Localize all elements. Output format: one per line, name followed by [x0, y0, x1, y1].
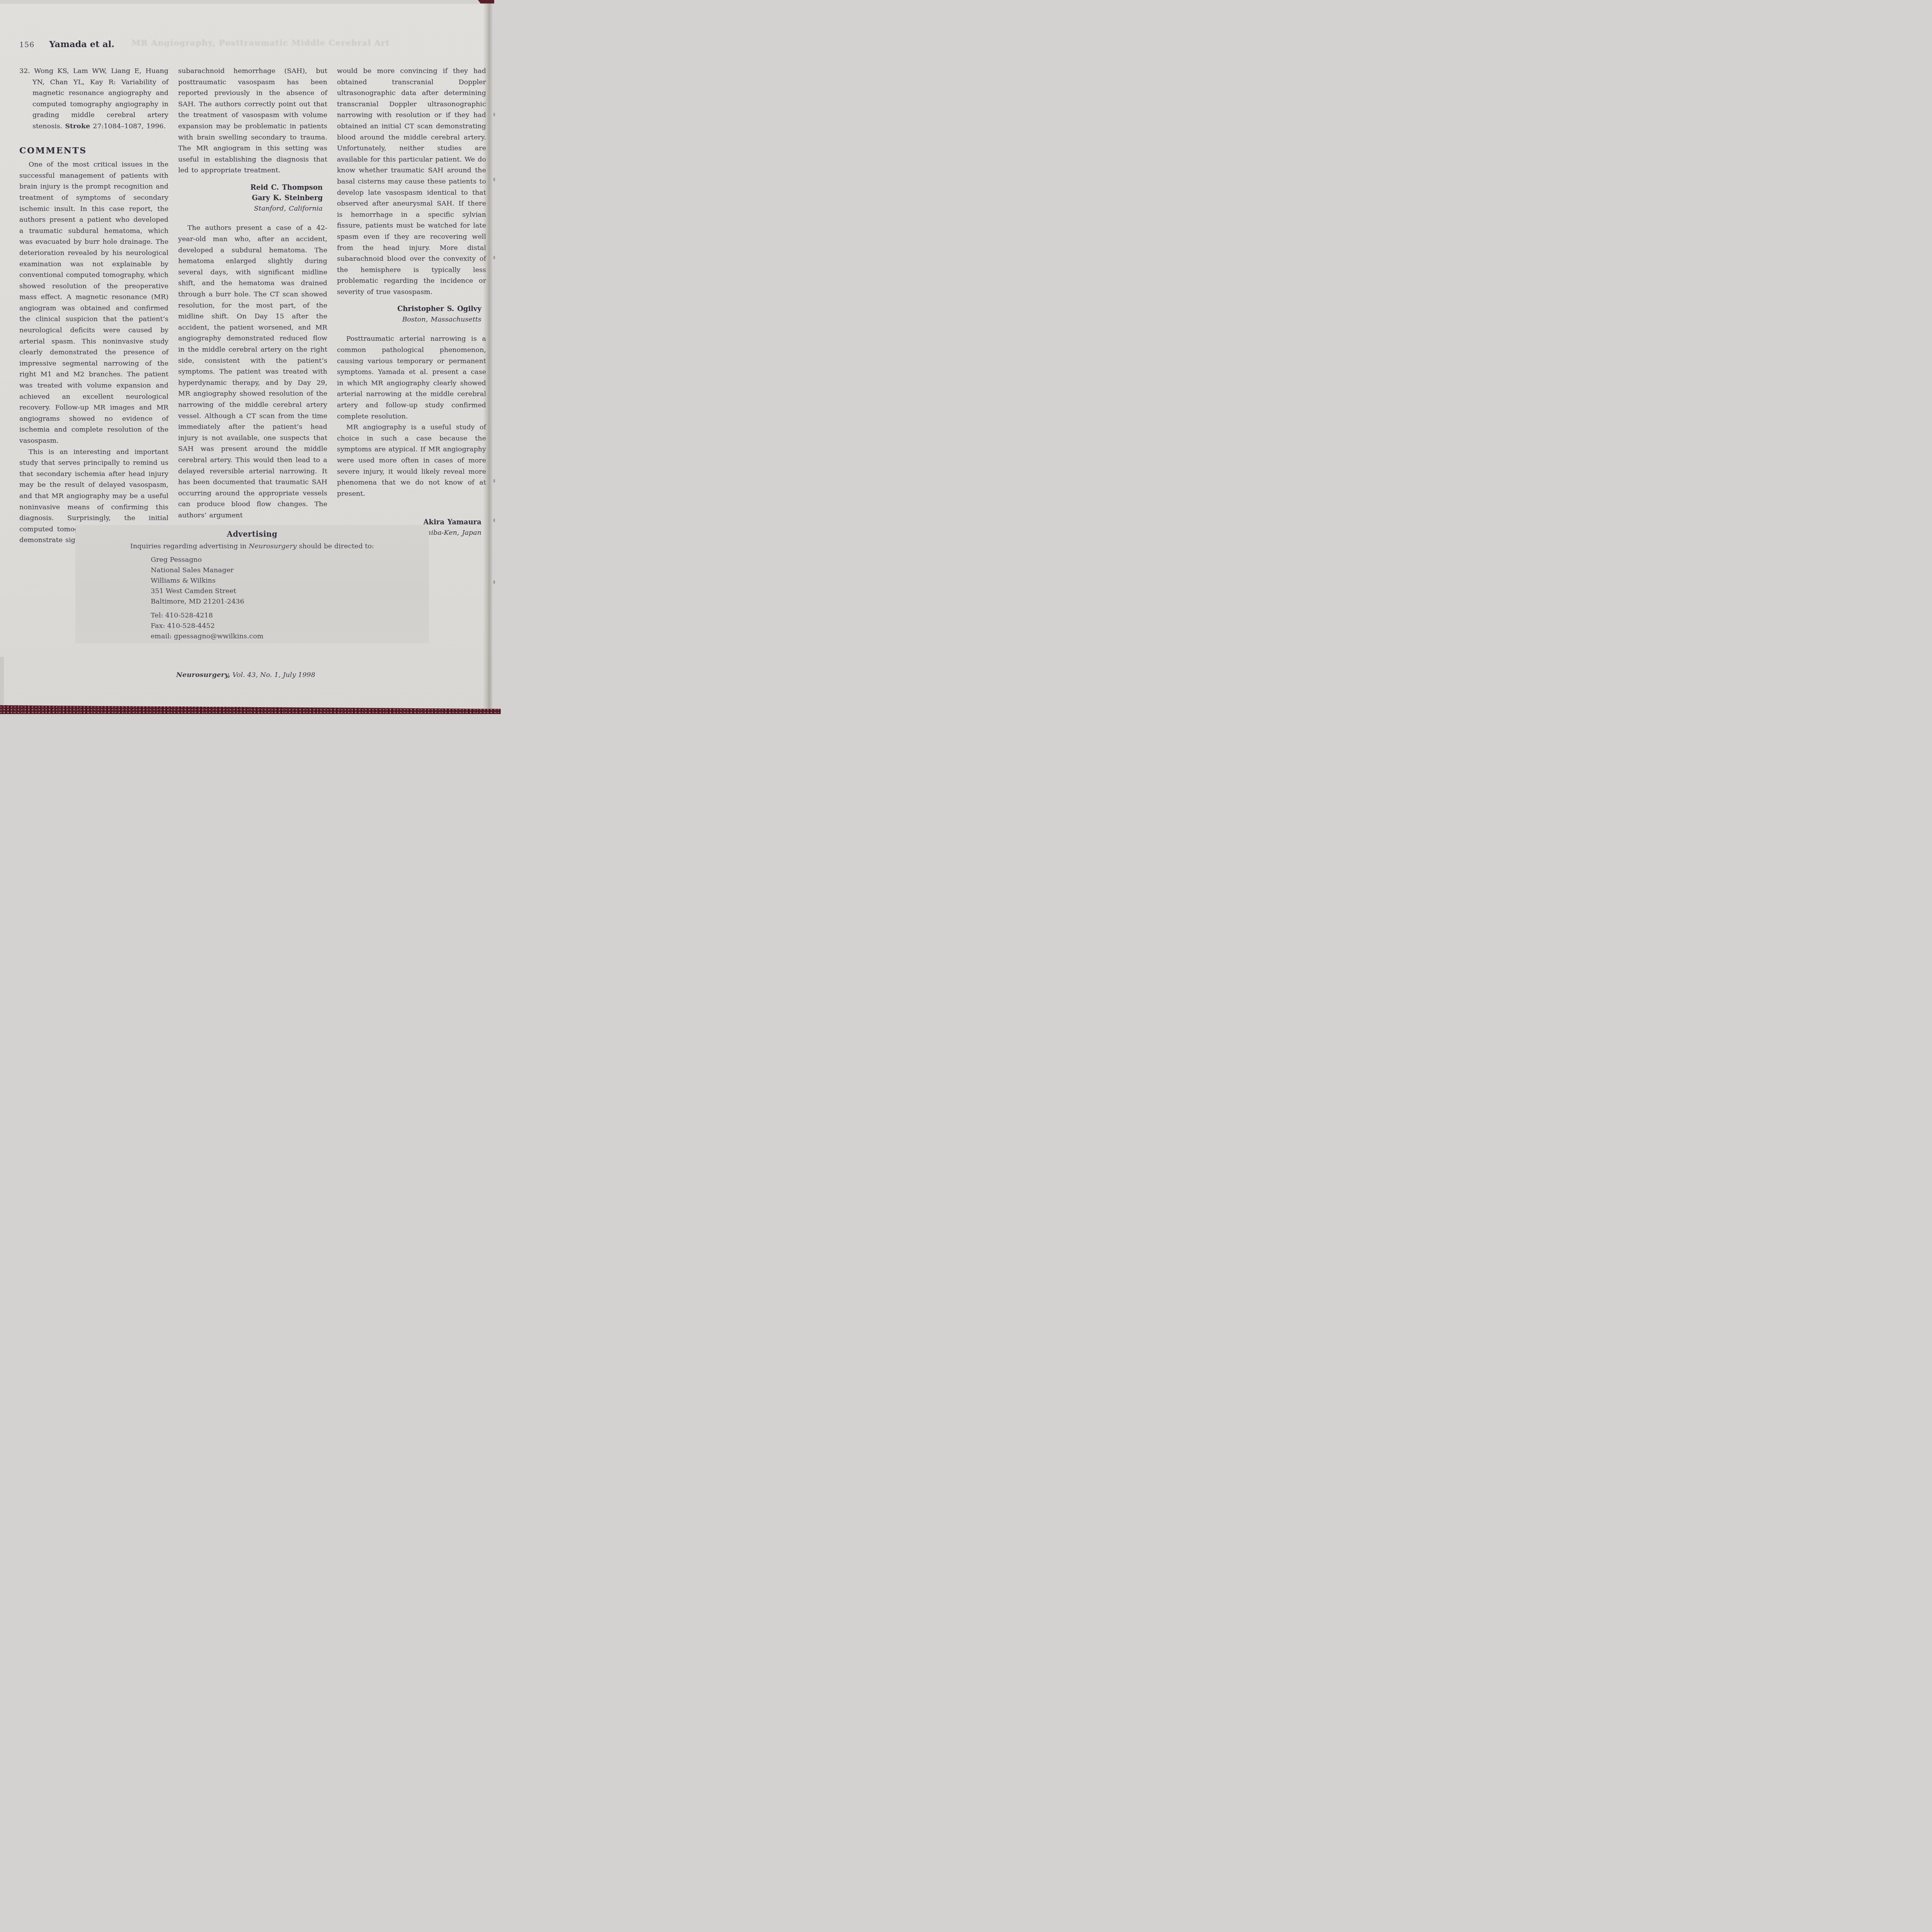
contact-person-name: Greg Pessagno	[151, 555, 429, 565]
book-cover-corner-top-right	[478, 0, 494, 3]
comment-paragraph-1: One of the most critical issues in the s…	[19, 159, 168, 446]
advertising-journal-name: Neurosurgery	[249, 543, 297, 550]
commenter-name: Christopher S. Ogilvy	[337, 304, 481, 315]
column-right: would be more convincing if they had obt…	[337, 66, 486, 547]
email-line: email: gpessagno@wwilkins.com	[151, 631, 429, 642]
reference-number: 32.	[19, 67, 30, 75]
showthrough-ghost-text: MR Angiography, Posttraumatic Middle Cer…	[131, 38, 491, 48]
publisher-name: Williams & Wilkins	[151, 576, 429, 586]
column-left: 32. Wong KS, Lam WW, Liang E, Huang YN, …	[19, 66, 168, 547]
contact-person-title: National Sales Manager	[151, 565, 429, 576]
comments-section-heading: COMMENTS	[19, 145, 168, 156]
scan-edge-speck	[493, 113, 495, 116]
commenter-signature-thompson-steinberg: Reid C. Thompson Gary K. Steinberg Stanf…	[178, 182, 327, 214]
comment-paragraph-3-continued: would be more convincing if they had obt…	[337, 66, 486, 298]
page-header: 156 Yamada et al.	[19, 39, 114, 49]
fax-line: Fax: 410-528-4452	[151, 621, 429, 631]
footer-journal-name: Neurosurgery,	[176, 671, 230, 679]
comment-paragraph-4: Posttraumatic arterial narrowing is a co…	[337, 333, 486, 422]
reference-citation: 27:1084–1087, 1996.	[90, 122, 166, 130]
scan-edge-speck	[493, 256, 495, 259]
scanned-journal-page: { "colors": { "page_background": "#dedcd…	[0, 0, 501, 714]
commenter-signature-ogilvy: Christopher S. Ogilvy Boston, Massachuse…	[337, 304, 486, 325]
advertising-intro-after: should be directed to:	[297, 543, 374, 550]
advertising-notice-box: Advertising Inquiries regarding advertis…	[75, 525, 429, 643]
page-edge-shadow	[483, 0, 492, 714]
commenter-name: Gary K. Steinberg	[178, 193, 323, 204]
scan-edge-speck	[493, 178, 495, 181]
comment-paragraph-3: The authors present a case of a 42-year-…	[178, 223, 327, 521]
column-middle: subarachnoid hemorrhage (SAH), but postt…	[178, 66, 327, 547]
reference-journal-name: Stroke	[65, 122, 90, 130]
advertising-intro-line: Inquiries regarding advertising in Neuro…	[75, 543, 429, 550]
advertising-contact-address: Greg Pessagno National Sales Manager Wil…	[151, 555, 429, 607]
scan-edge-speck	[493, 479, 495, 483]
three-column-body: 32. Wong KS, Lam WW, Liang E, Huang YN, …	[19, 66, 486, 547]
commenter-name: Reid C. Thompson	[178, 182, 323, 193]
scan-edge-speck	[493, 519, 495, 522]
running-head: Yamada et al.	[49, 39, 114, 49]
telephone-line: Tel: 410-528-4218	[151, 611, 429, 621]
advertising-heading: Advertising	[75, 530, 429, 539]
footer-volume-issue-date: Vol. 43, No. 1, July 1998	[230, 671, 315, 679]
street-address: 351 West Camden Street	[151, 586, 429, 597]
commenter-location: Stanford, California	[178, 204, 323, 214]
comment-paragraph-5: MR angiography is a useful study of choi…	[337, 422, 486, 499]
advertising-intro-before: Inquiries regarding advertising in	[130, 543, 249, 550]
journal-footer-line: Neurosurgery, Vol. 43, No. 1, July 1998	[0, 671, 492, 679]
commenter-location: Boston, Massachusetts	[337, 315, 481, 325]
reference-text: Wong KS, Lam WW, Liang E, Huang YN, Chan…	[32, 67, 168, 130]
page-number: 156	[19, 41, 34, 49]
city-state-zip: Baltimore, MD 21201-2436	[151, 597, 429, 607]
reference-entry-32: 32. Wong KS, Lam WW, Liang E, Huang YN, …	[19, 66, 168, 132]
comment-paragraph-2-continued: subarachnoid hemorrhage (SAH), but postt…	[178, 66, 327, 176]
scan-edge-speck	[493, 580, 495, 584]
page-surface: MR Angiography, Posttraumatic Middle Cer…	[0, 4, 492, 714]
advertising-contact-numbers: Tel: 410-528-4218 Fax: 410-528-4452 emai…	[151, 611, 429, 642]
